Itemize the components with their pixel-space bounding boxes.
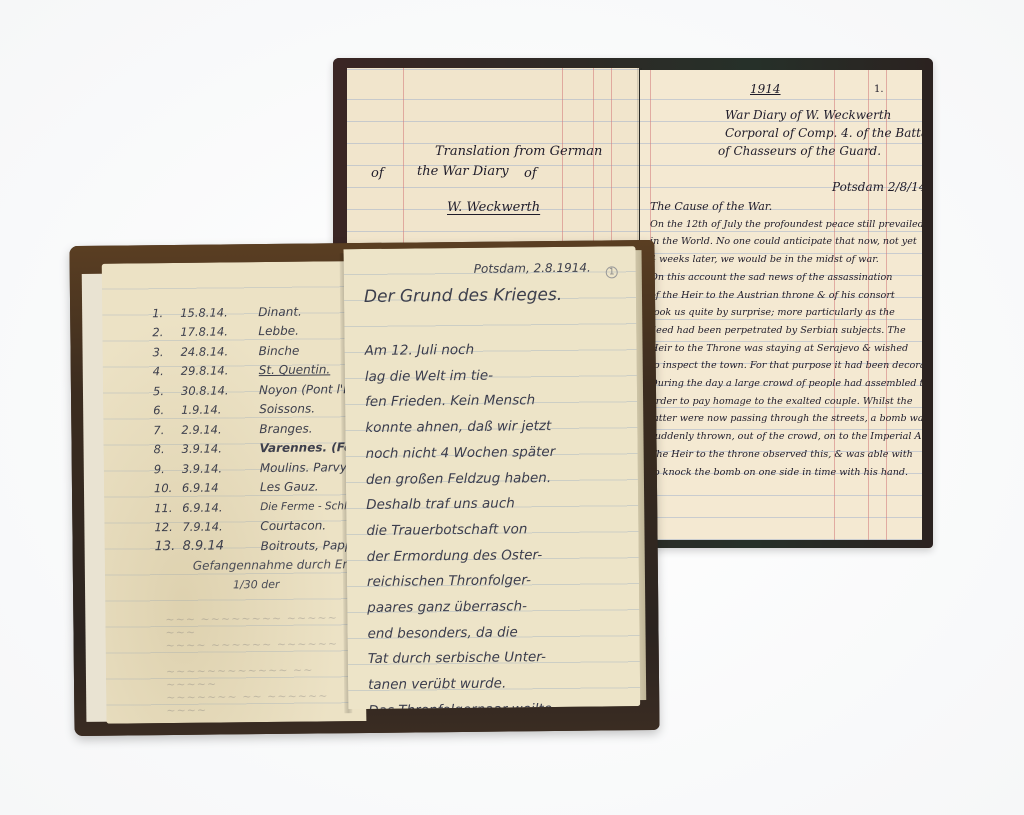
text-line: On this account the sad news of the assa… [650, 269, 922, 287]
text-line: noch nicht 4 Wochen später [366, 439, 628, 467]
text-line: fen Frieden. Kein Mensch [365, 388, 627, 416]
text-line: 4 weeks later, we would be in the midst … [650, 251, 922, 269]
capture-note: Gefangennahme durch Englän- [193, 557, 367, 573]
faded-writing: ~~~~~~~~~~~~ ~~ ~~~~~ [166, 663, 366, 691]
text-line: to knock the bomb on one side in time wi… [650, 464, 922, 482]
list-item: 8. 3.9.14. Varennes. (Ferm) [153, 437, 366, 459]
list-item: 9. 3.9.14. Moulins. Parvy [154, 457, 367, 479]
text-line: Tat durch serbische Unter- [368, 645, 630, 673]
diary-heading-line: War Diary of W. Weckwerth [725, 108, 891, 122]
translation-title: Translation from German [435, 144, 602, 159]
faded-writing: ~~~ ~~~~~~~~ ~~~~~ ~~~ [165, 611, 365, 639]
list-item: 12. 7.9.14. Courtacon. [154, 515, 366, 537]
text-line: The Heir to the throne observed this, & … [650, 446, 922, 464]
german-original-notebook: 1. 15.8.14. Dinant. 2. 17.8.14. Lebbe. 3… [69, 240, 659, 736]
list-item: 4. 29.8.14. St. Quentin. [153, 359, 367, 381]
german-diary-page: Potsdam, 2.8.1914. 1 Der Grund des Krieg… [343, 246, 640, 709]
text-line: suddenly thrown, out of the crowd, on to… [650, 428, 922, 446]
translation-text: The Cause of the War. On the 12th of Jul… [650, 198, 922, 481]
diary-year: 1914 [750, 82, 781, 96]
place-date: Potsdam, 2.8.1914. [474, 261, 591, 276]
text-line: On the 12th of July the profoundest peac… [650, 216, 922, 234]
capture-note-continued: 1/30 der [233, 578, 280, 591]
text-line: Heir to the Throne was staying at Seraje… [650, 340, 922, 358]
text-line: den großen Feldzug haben. [366, 465, 628, 493]
translation-diary-page: 1914 1. War Diary of W. Weckwerth Corpor… [640, 70, 922, 540]
photo-background: Translation from German of the War Diary… [0, 0, 1024, 815]
page-number-circle: 1 [606, 266, 618, 278]
text-line: reichischen Thronfolger- [367, 568, 629, 596]
text-line: order to pay homage to the exalted coupl… [650, 393, 922, 411]
list-item: 10. 6.9.14 Les Gauz. [154, 476, 367, 498]
battle-list-page: 1. 15.8.14. Dinant. 2. 17.8.14. Lebbe. 3… [102, 261, 367, 724]
translation-of-right: of [524, 166, 537, 181]
author-name: W. Weckwerth [447, 200, 540, 215]
german-text: Am 12. Juli noch lag die Welt im tie- fe… [364, 336, 631, 709]
list-item: 1. 15.8.14. Dinant. [152, 301, 366, 323]
text-line: took us quite by surprise; more particul… [650, 304, 922, 322]
text-line: to inspect the town. For that purpose it… [650, 357, 922, 375]
list-item: 11. 6.9.14. Die Ferme - Schloßanlage [154, 496, 366, 518]
list-item: 13. 8.9.14 Boitrouts, Papp. [155, 535, 367, 557]
translation-of-left: of [371, 166, 384, 181]
list-item: 5. 30.8.14. Noyon (Pont l'Evêque) [153, 379, 367, 401]
diary-heading-line: of Chasseurs of the Guard. [718, 144, 881, 158]
text-line: tanen verübt wurde. [368, 670, 630, 698]
diary-heading-line: Corporal of Comp. 4. of the Battalion [725, 126, 922, 140]
list-item: 2. 17.8.14. Lebbe. [152, 320, 366, 342]
text-line: end besonders, da die [367, 619, 629, 647]
place-date: Potsdam 2/8/14. [832, 180, 922, 194]
faded-writing: ~~~~ ~~~~~~ ~~~~~~ [166, 637, 339, 652]
text-line: latter were now passing through the stre… [650, 410, 922, 428]
text-line: of the Heir to the Austrian throne & of … [650, 287, 922, 305]
battle-list: 1. 15.8.14. Dinant. 2. 17.8.14. Lebbe. 3… [152, 301, 366, 557]
text-line: The Cause of the War. [650, 198, 922, 216]
text-line: die Trauerbotschaft von [366, 516, 628, 544]
text-line: lag die Welt im tie- [365, 362, 627, 390]
text-line: paares ganz überrasch- [367, 593, 629, 621]
text-line: deed had been perpetrated by Serbian sub… [650, 322, 922, 340]
text-line: konnte ahnen, daß wir jetzt [365, 413, 627, 441]
list-item: 3. 24.8.14. Binche [152, 340, 366, 362]
text-line: Am 12. Juli noch [364, 336, 626, 364]
list-item: 6. 1.9.14. Soissons. [153, 398, 366, 420]
list-item: 7. 2.9.14. Branges. [153, 418, 366, 440]
text-line: in the World. No one could anticipate th… [650, 233, 922, 251]
translation-diary-label: the War Diary [417, 164, 509, 179]
text-line: Deshalb traf uns auch [366, 490, 628, 518]
page-number: 1. [874, 84, 884, 95]
text-line: der Ermordung des Oster- [367, 542, 629, 570]
german-title: Der Grund des Krieges. [364, 285, 562, 307]
text-line: During the day a large crowd of people h… [650, 375, 922, 393]
faded-writing: ~~~~~~~ ~~ ~~~~~~ ~~~~ [166, 689, 366, 717]
